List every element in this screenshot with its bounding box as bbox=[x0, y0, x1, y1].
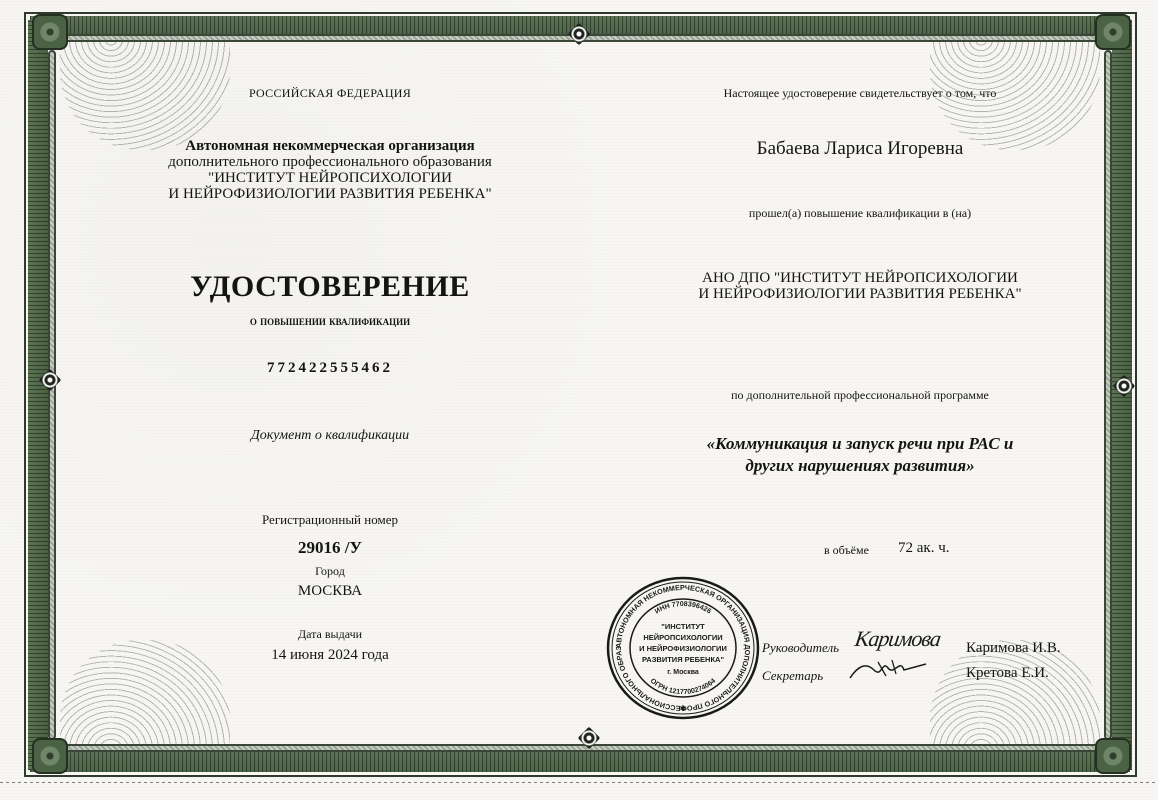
document-type: Документ о квалификации bbox=[120, 428, 540, 444]
border-rope-right bbox=[1104, 50, 1112, 740]
corner-ornament-icon bbox=[32, 738, 68, 774]
stamp-city: г. Москва bbox=[667, 669, 699, 676]
program-title-line: «Коммуникация и запуск речи при РАС и bbox=[640, 433, 1080, 455]
border-rope-left bbox=[48, 50, 56, 740]
program-title-line: других нарушениях развития» bbox=[640, 455, 1080, 477]
signatory-role: Руководитель bbox=[762, 640, 839, 656]
document-title: УДОСТОВЕРЕНИЕ bbox=[120, 270, 540, 304]
stamp-star-icon: ✱ bbox=[680, 704, 687, 713]
signatory-name: Каримова И.В. bbox=[966, 640, 1061, 657]
svg-text:ОГРН 1217700274064: ОГРН 1217700274064 bbox=[649, 678, 717, 696]
document-subtitle: о повышении квалификации bbox=[120, 313, 540, 329]
stamp-center-line: И НЕЙРОФИЗИОЛОГИИ bbox=[639, 644, 727, 653]
country-heading: РОССИЙСКАЯ ФЕДЕРАЦИЯ bbox=[120, 86, 540, 101]
corner-ornament-icon bbox=[32, 14, 68, 50]
recipient-name: Бабаева Лариса Игоревна bbox=[640, 138, 1080, 160]
stamp-center-line: РАЗВИТИЯ РЕБЕНКА" bbox=[642, 655, 725, 664]
city-value: МОСКВА bbox=[120, 583, 540, 600]
issuer-line: Автономная некоммерческая организация bbox=[100, 138, 560, 154]
issue-date: 14 июня 2024 года bbox=[120, 647, 540, 664]
passed-text: прошел(а) повышение квалификации в (на) bbox=[640, 206, 1080, 221]
issuer-line: "ИНСТИТУТ НЕЙРОПСИХОЛОГИИ bbox=[100, 170, 560, 186]
registration-label: Регистрационный номер bbox=[120, 512, 540, 528]
city-label: Город bbox=[120, 564, 540, 579]
issuer-line: дополнительного профессионального образо… bbox=[100, 154, 560, 170]
issuer-line: И НЕЙРОФИЗИОЛОГИИ РАЗВИТИЯ РЕБЕНКА" bbox=[100, 186, 560, 202]
training-org-line: И НЕЙРОФИЗИОЛОГИИ РАЗВИТИЯ РЕБЕНКА" bbox=[630, 286, 1090, 302]
stamp-ogrn: ОГРН 1217700274064 bbox=[649, 678, 717, 696]
signatory-name: Кретова Е.И. bbox=[966, 665, 1049, 682]
issue-date-label: Дата выдачи bbox=[120, 627, 540, 642]
corner-ornament-icon bbox=[1095, 14, 1131, 50]
intro-text: Настоящее удостоверение свидетельствует … bbox=[640, 86, 1080, 101]
handwritten-signature: Каримова bbox=[853, 626, 942, 652]
handwritten-signature-icon bbox=[848, 656, 928, 680]
signatory-role: Секретарь bbox=[762, 668, 823, 684]
scan-edge-line bbox=[0, 782, 1158, 783]
registration-number: 29016 /У bbox=[120, 538, 540, 558]
stamp-center-line: "ИНСТИТУТ bbox=[661, 622, 705, 631]
program-title: «Коммуникация и запуск речи при РАС и др… bbox=[640, 433, 1080, 477]
border-band-left bbox=[28, 20, 48, 770]
training-org-line: АНО ДПО "ИНСТИТУТ НЕЙРОПСИХОЛОГИИ bbox=[630, 270, 1090, 286]
certificate-number: 772422555462 bbox=[120, 360, 540, 377]
program-label: по дополнительной профессиональной прогр… bbox=[640, 388, 1080, 403]
stamp-center-line: НЕЙРОПСИХОЛОГИИ bbox=[643, 633, 722, 642]
volume-label: в объёме bbox=[824, 543, 869, 558]
volume-value: 72 ак. ч. bbox=[898, 540, 950, 557]
corner-ornament-icon bbox=[1095, 738, 1131, 774]
organization-stamp: АВТОНОМНАЯ НЕКОММЕРЧЕСКАЯ ОРГАНИЗАЦИЯ ДО… bbox=[605, 575, 761, 721]
training-organization: АНО ДПО "ИНСТИТУТ НЕЙРОПСИХОЛОГИИ И НЕЙР… bbox=[630, 270, 1090, 302]
border-rope-bottom bbox=[60, 744, 1100, 752]
border-band-bottom bbox=[30, 752, 1130, 772]
issuer-organization: Автономная некоммерческая организация до… bbox=[100, 138, 560, 202]
